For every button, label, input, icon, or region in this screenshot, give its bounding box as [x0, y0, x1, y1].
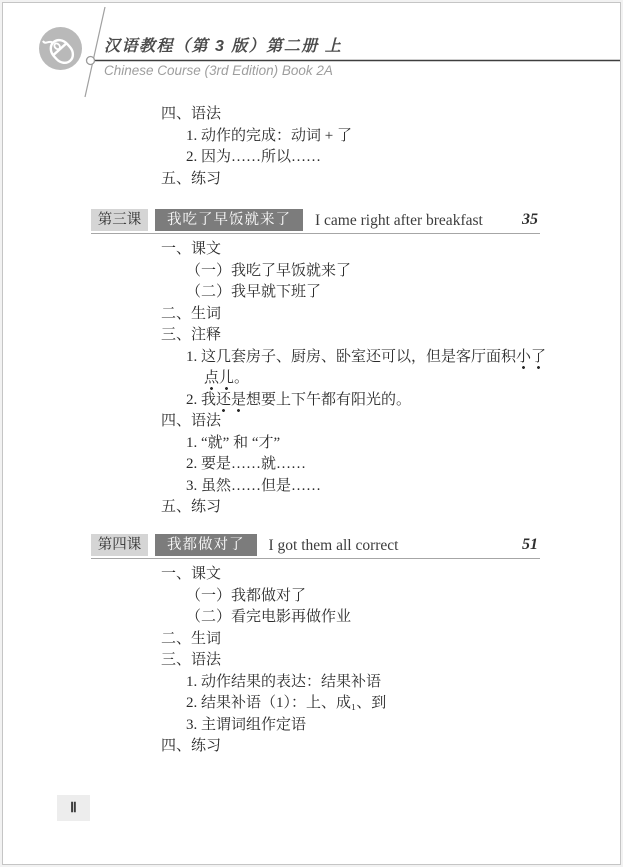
toc-line: 三、注释 — [161, 325, 546, 347]
toc-line: （一）我都做对了 — [186, 586, 386, 608]
lesson4-title-en: I got them all correct — [269, 534, 399, 556]
toc-line: 3. 主谓词组作定语 — [186, 715, 386, 737]
lesson4-title-zh: 我都做对了 — [155, 534, 257, 556]
toc-line: （二）看完电影再做作业 — [186, 607, 386, 629]
mouse-icon — [38, 26, 83, 71]
toc-line: 2. 因为……所以…… — [186, 147, 352, 169]
toc-line: 三、语法 — [161, 650, 386, 672]
lesson4-label: 第四课 — [91, 534, 148, 556]
note-text: 。 — [234, 370, 249, 386]
toc-fragment: 四、语法 1. 动作的完成：动词 + 了 2. 因为……所以…… 五、练习 — [161, 104, 352, 190]
book-title-zh: 汉语教程（第 3 版）第二册 上 — [104, 33, 342, 56]
lesson3-page-number: 35 — [522, 209, 540, 231]
toc-line: 二、生词 — [161, 304, 546, 326]
toc-line: 四、语法 — [161, 411, 546, 433]
toc-line: 五、练习 — [161, 169, 352, 191]
toc-line: 3. 虽然……但是…… — [186, 476, 546, 498]
toc-line: 1. 这几套房子、厨房、卧室还可以，但是客厅面积小了 — [186, 347, 546, 369]
emphasized-text: 还是 — [216, 392, 246, 413]
emphasized-text: 点儿 — [204, 370, 234, 391]
book-page: 汉语教程（第 3 版）第二册 上 Chinese Course (3rd Edi… — [2, 2, 621, 865]
note-text: 1. 这几套房子、厨房、卧室还可以，但是客厅面积 — [186, 349, 516, 365]
toc-line: （二）我早就下班了 — [186, 282, 546, 304]
toc-line: 点儿。 — [204, 368, 546, 390]
lesson3-header: 第三课 我吃了早饭就来了 I came right after breakfas… — [91, 209, 540, 234]
lesson4-header: 第四课 我都做对了 I got them all correct 51 — [91, 534, 540, 559]
note-text: 2. 我 — [186, 392, 216, 408]
toc-line: 四、练习 — [161, 736, 386, 758]
note-text: 想要上下午都有阳光的。 — [246, 392, 411, 408]
lesson-gap — [148, 209, 155, 231]
toc-line: （一）我吃了早饭就来了 — [186, 261, 546, 283]
book-title-en: Chinese Course (3rd Edition) Book 2A — [104, 63, 333, 78]
lesson3-title-en: I came right after breakfast — [315, 209, 483, 231]
lesson4-outline: 一、课文 （一）我都做对了 （二）看完电影再做作业 二、生词 三、语法 1. 动… — [161, 564, 386, 758]
folio-page-number: Ⅱ — [57, 795, 90, 821]
toc-line: 2. 结果补语（1）：上、成₁、到 — [186, 693, 386, 715]
toc-line: 一、课文 — [161, 564, 386, 586]
lesson3-title-zh: 我吃了早饭就来了 — [155, 209, 303, 231]
toc-line: 2. 要是……就…… — [186, 454, 546, 476]
toc-line: 五、练习 — [161, 497, 546, 519]
emphasized-text: 小了 — [516, 349, 546, 370]
toc-line: 2. 我还是想要上下午都有阳光的。 — [186, 390, 546, 412]
toc-line: 1. “就” 和 “才” — [186, 433, 546, 455]
toc-line: 四、语法 — [161, 104, 352, 126]
toc-line: 二、生词 — [161, 629, 386, 651]
lesson-gap — [148, 534, 155, 556]
toc-line: 1. 动作结果的表达：结果补语 — [186, 672, 386, 694]
lesson4-page-number: 51 — [522, 534, 540, 556]
lesson3-outline: 一、课文 （一）我吃了早饭就来了 （二）我早就下班了 二、生词 三、注释 1. … — [161, 239, 546, 519]
toc-line: 1. 动作的完成：动词 + 了 — [186, 126, 352, 148]
lesson3-label: 第三课 — [91, 209, 148, 231]
toc-line: 一、课文 — [161, 239, 546, 261]
